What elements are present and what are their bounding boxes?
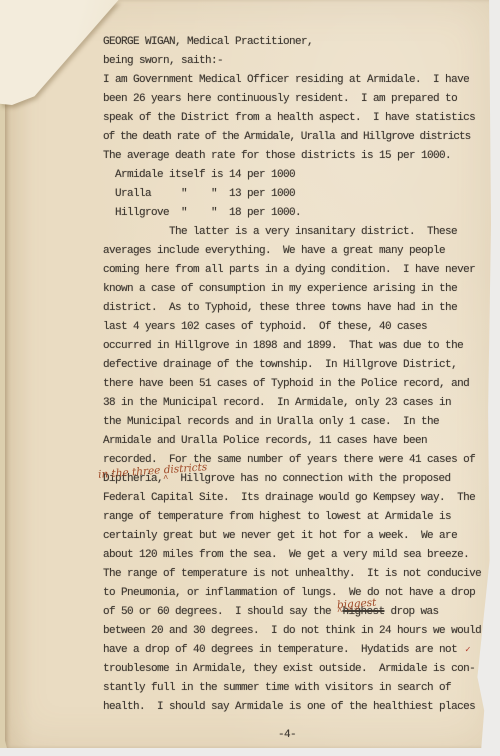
typed-line: of 50 or 60 degrees. I should say the ^h… [103,603,493,622]
typed-line: certainly great but we never get it hot … [103,527,493,546]
typed-line: Armidale itself is 14 per 1000 [103,166,493,185]
typed-line: being sworn, saith:- [103,52,493,71]
typed-line: the Municipal records and in Uralla only… [103,413,493,432]
typed-line: averages include everything. We have a g… [103,242,493,261]
typed-line: there have been 51 cases of Typhoid in t… [103,375,493,394]
page-number: -4- [103,729,471,741]
typed-line: GEORGE WIGAN, Medical Practitioner, [103,33,493,52]
typed-line: district. As to Typhoid, these three tow… [103,299,493,318]
typed-line: between 20 and 30 degrees. I do not thin… [103,622,493,641]
typed-text: GEORGE WIGAN, Medical Practitioner,being… [103,33,493,717]
scanned-document-page: { "page": { "page_number": "-4-", "color… [0,0,500,756]
typed-line: about 120 miles from the sea. We get a v… [103,546,493,565]
typed-line: last 4 years 102 cases of typhoid. Of th… [103,318,493,337]
typed-line: I am Government Medical Officer residing… [103,71,493,90]
typed-line: Diptheria,in the three districts^ Hillgr… [103,470,493,489]
typed-line: The average death rate for those distric… [103,147,493,166]
typed-line: troublesome in Armidale, they exist outs… [103,660,493,679]
typed-line: of the death rate of the Armidale, Urall… [103,128,493,147]
typed-line: health. I should say Armidale is one of … [103,698,493,717]
typed-line: been 26 years here continuously resident… [103,90,493,109]
typed-line: stantly full in the summer time with vis… [103,679,493,698]
typed-line: occurred in Hillgrove in 1898 and 1899. … [103,337,493,356]
typed-line: Armidale and Uralla Police records, 11 c… [103,432,493,451]
typed-line: Federal Capital Site. Its drainage would… [103,489,493,508]
typed-line: The range of temperature is not unhealth… [103,565,493,584]
typed-line: known a case of consumption in my experi… [103,280,493,299]
typed-line: coming here from all parts in a dying co… [103,261,493,280]
typed-line: Uralla " " 13 per 1000 [103,185,493,204]
typed-line: Hillgrove " " 18 per 1000. [103,204,493,223]
red-check-mark: ✓ [465,645,470,655]
typed-line: The latter is a very insanitary district… [103,223,493,242]
handwritten-annotation: biggest [337,598,377,611]
typed-line: defective drainage of the township. In H… [103,356,493,375]
typed-line: to Pneumonia, or inflammation of lungs. … [103,584,493,603]
typed-line: speak of the District from a health aspe… [103,109,493,128]
typed-line: range of temperature from highest to low… [103,508,493,527]
typed-line: have a drop of 40 degrees in temperature… [103,641,493,660]
typed-line: 38 in the Municipal record. In Armidale,… [103,394,493,413]
